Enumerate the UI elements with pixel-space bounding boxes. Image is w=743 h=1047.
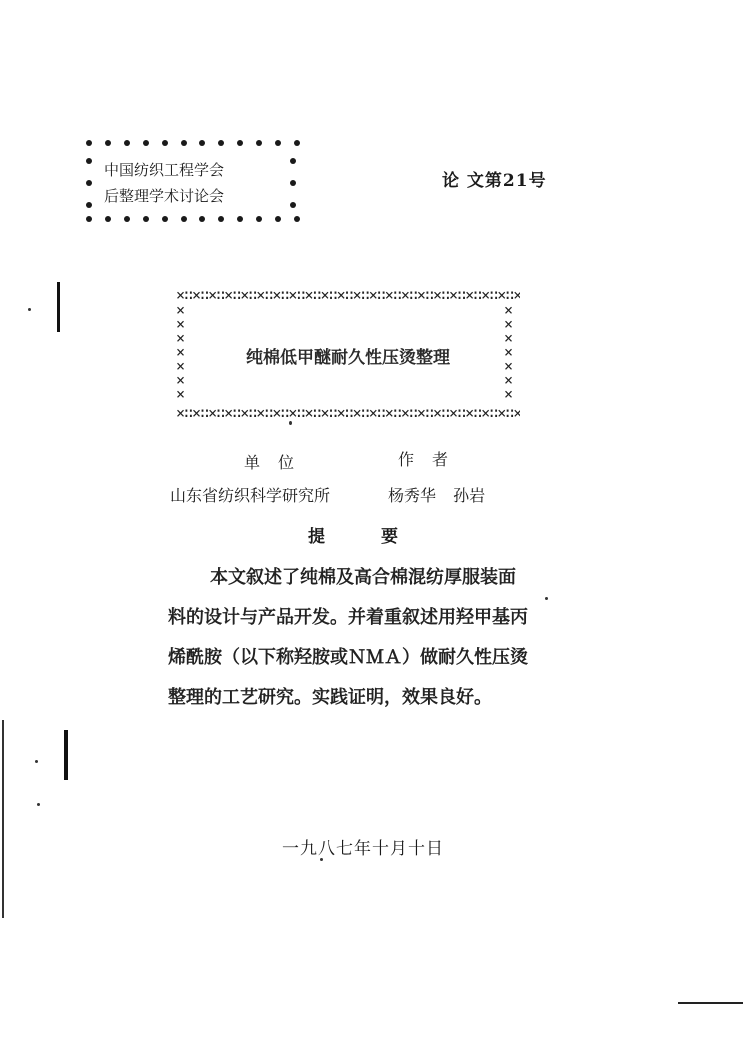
scan-speck <box>545 597 548 600</box>
document-title: 纯棉低甲醚耐久性压烫整理 <box>176 343 520 368</box>
scan-speck <box>320 858 323 861</box>
scan-speck <box>289 421 292 425</box>
dotted-border-left <box>86 158 96 208</box>
scan-speck <box>37 803 40 806</box>
abstract-line: 本文叙述了纯棉及高合棉混纺厚服装面 <box>168 558 548 598</box>
paper-number: 论 文第21号 <box>442 166 547 191</box>
scan-speck <box>28 308 31 311</box>
authors: 杨秀华 孙岩 <box>388 483 485 506</box>
author-label: 作者 <box>398 447 466 470</box>
scan-margin-mark <box>57 282 60 332</box>
dotted-border-top <box>86 140 300 150</box>
abstract-heading: 提要 <box>308 522 454 547</box>
x-pattern-border-bottom: ×∷×∷×∷×∷×∷×∷×∷×∷×∷×∷×∷×∷×∷×∷×∷×∷×∷×∷×∷×∷… <box>176 405 520 421</box>
abstract-line: 整理的工艺研究。实践证明，效果良好。 <box>168 678 548 718</box>
document-date: 一九八七年十月十日 <box>282 834 444 859</box>
dotted-border-bottom <box>86 216 300 226</box>
scan-edge-line <box>2 720 4 918</box>
stamp-line-2: 后整理学术讨论会 <box>104 185 224 206</box>
title-box: ×∷×∷×∷×∷×∷×∷×∷×∷×∷×∷×∷×∷×∷×∷×∷×∷×∷×∷×∷×∷… <box>176 287 520 421</box>
scan-speck <box>35 760 38 763</box>
abstract-line: 烯酰胺（以下称羟胺或ＮＭＡ）做耐久性压烫 <box>168 638 548 678</box>
scan-margin-mark <box>64 730 68 780</box>
unit-label: 单位 <box>244 450 312 473</box>
scan-corner-line <box>678 1002 743 1004</box>
x-pattern-border-top: ×∷×∷×∷×∷×∷×∷×∷×∷×∷×∷×∷×∷×∷×∷×∷×∷×∷×∷×∷×∷… <box>176 287 520 303</box>
abstract-line: 料的设计与产品开发。并着重叙述用羟甲基丙 <box>168 598 548 638</box>
stamp-line-1: 中国纺织工程学会 <box>104 159 224 180</box>
conference-stamp: 中国纺织工程学会 后整理学术讨论会 <box>86 140 300 226</box>
dotted-border-right <box>290 158 300 208</box>
organization: 山东省纺织科学研究所 <box>170 483 330 506</box>
abstract-body: 本文叙述了纯棉及高合棉混纺厚服装面 料的设计与产品开发。并着重叙述用羟甲基丙 烯… <box>168 558 548 718</box>
